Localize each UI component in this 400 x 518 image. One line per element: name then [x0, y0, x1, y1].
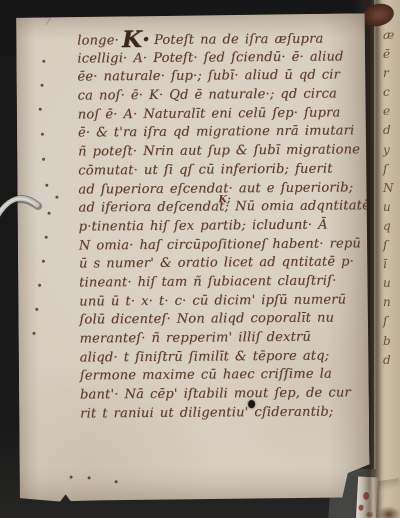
- quire-mark: 7: [44, 15, 51, 28]
- prick-mark: [88, 476, 91, 479]
- manuscript-line: ēe· naturale· ſup·; ſubī· aliud ū qd cir: [77, 67, 377, 88]
- manuscript-line: aliqd· t ſiniſtrū ſimilīt & tēpore atq;: [80, 347, 380, 368]
- facing-page-glyph: d: [383, 351, 394, 370]
- underleaf-sliver: [356, 477, 378, 518]
- facing-page-glyph: ſ: [383, 236, 394, 255]
- prick-mark: [115, 480, 118, 483]
- facing-page-glyph: u: [383, 274, 394, 293]
- facing-page-edge: æērcedyſNuqſīunſbd: [374, 0, 400, 518]
- facing-page-glyph: ſ: [383, 160, 394, 179]
- facing-page-glyph: ī: [383, 255, 394, 274]
- manuscript-line: ſolū dicenteſ· Non aliqd coporalīt nu: [79, 309, 379, 330]
- manuscript-line: icelligi· A· Poteſt· ſed ſciendū· ē· ali…: [77, 48, 377, 69]
- prick-mark: [41, 133, 44, 136]
- manuscript-line: N omia· haſ circūpoſitioneſ habent· repū: [79, 235, 379, 256]
- facing-page-glyph: ſ: [383, 312, 394, 331]
- facing-page-glyph: d: [383, 121, 394, 140]
- facing-page-glyph: b: [383, 332, 394, 351]
- prick-mark: [70, 476, 73, 479]
- manuscript-line: bant'· Nā cēp' iſtabili mout ſep, de cur: [80, 384, 380, 405]
- facing-page-glyph: c: [383, 83, 394, 102]
- manuscript-line: longe·K·Poteſt na de iſra æſupra: [77, 29, 377, 50]
- manuscript-photo: æērcedyſNuqſīunſbd 7 longe·K·Poteſt na d…: [0, 0, 400, 518]
- facing-page-glyph: y: [383, 141, 394, 160]
- prick-mark: [41, 84, 44, 87]
- manuscript-line: tineant· hiſ tam ñ ſubiacent clauſtriſ·: [79, 272, 379, 293]
- facing-page-glyph: r: [383, 64, 394, 83]
- red-stain: [358, 505, 363, 511]
- binding-stain: [376, 506, 400, 518]
- facing-page-glyph: q: [383, 217, 394, 236]
- line1-pre: longe·: [77, 33, 119, 48]
- facing-page-glyph: ē: [383, 45, 394, 64]
- prick-mark: [32, 332, 35, 335]
- manuscript-line: rit t raniui ut diligentiu' cſiderantib;: [80, 403, 380, 424]
- prick-mark: [39, 108, 42, 111]
- page-holder-clip-icon: [0, 184, 48, 232]
- manuscript-line: unū ū t· x· t· c· cū dicim' ipſū numerū: [79, 291, 379, 312]
- manuscript-line: p·tinentia hiſ ſex partib; icludunt· Ā: [79, 216, 379, 237]
- facing-page-glyph: N: [383, 179, 394, 198]
- facing-page-glyph: e: [383, 102, 394, 121]
- manuscript-line: ē· & t'ra iſra qd migratione nrā imutari: [78, 123, 378, 144]
- ink-blot: [248, 400, 255, 408]
- prick-mark: [55, 196, 58, 199]
- prick-mark: [42, 260, 45, 263]
- manuscript-line: cōmutat· ut ſi qſ cū inferiorib; fuerit: [78, 160, 378, 181]
- prick-mark-column: [14, 13, 366, 16]
- manuscript-line: ca noſ· ē· K· Qd ē naturale·; qd circa: [78, 85, 378, 106]
- facing-page-glyph: n: [383, 293, 394, 312]
- red-stain: [363, 492, 369, 500]
- manuscript-line: ū s numer' & oratio licet ad qntitatē p·: [79, 253, 379, 274]
- prick-mark: [42, 158, 45, 161]
- interlinear-mark: K;: [218, 194, 230, 205]
- prick-mark: [42, 60, 45, 63]
- prick-mark: [38, 284, 41, 287]
- facing-page-glyph: æ: [383, 26, 394, 45]
- facing-page-text-fragments: æērcedyſNuqſīunſbd: [383, 26, 394, 370]
- line1-post: Poteſt na de iſra æſupra: [154, 32, 324, 48]
- manuscript-line: noſ ē· A· Naturalīt eni celū ſep· ſupra: [78, 104, 378, 125]
- manuscript-page: 7 longe·K·Poteſt na de iſra æſupra icell…: [14, 13, 370, 502]
- manuscript-line: ñ poteſt· Nrin aut ſup & ſubī migratione: [78, 141, 378, 162]
- manuscript-line: ſermone maxime cū haec criſſime la: [80, 366, 380, 387]
- manuscript-text-block: longe·K·Poteſt na de iſra æſupra icellig…: [77, 29, 380, 424]
- manuscript-line: meranteſ· ñ repperim' illiſ dextrū: [79, 328, 379, 349]
- prick-mark: [45, 236, 48, 239]
- facing-page-glyph: u: [383, 198, 394, 217]
- red-stain: [366, 512, 373, 517]
- prick-mark: [35, 308, 38, 311]
